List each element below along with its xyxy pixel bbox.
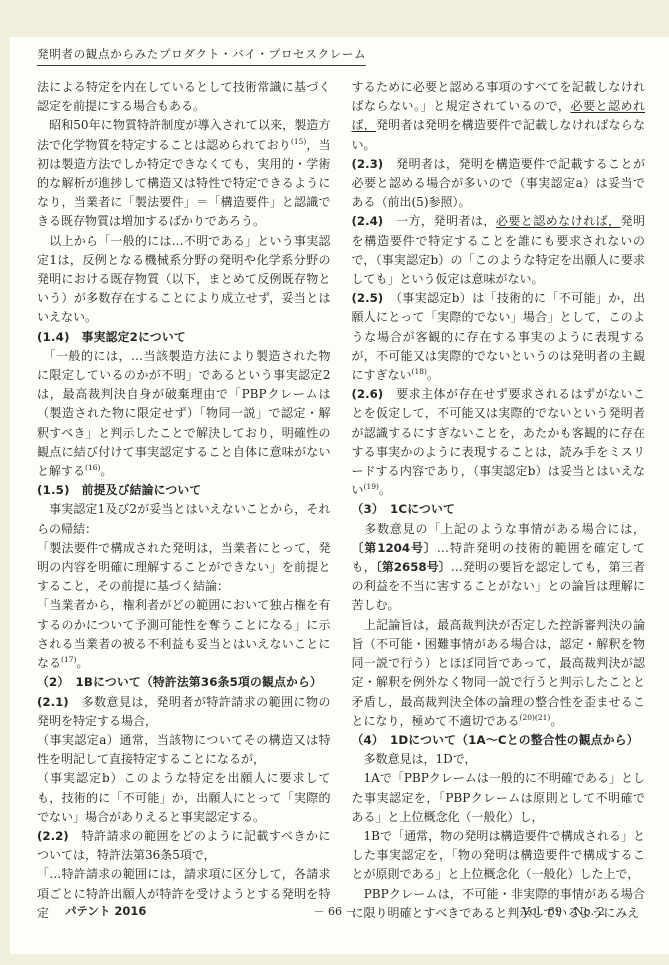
paragraph: 上記論旨は，最高裁判決が否定した控訴審判決の論旨（不可能・困難事情がある場合は，… [352, 616, 646, 731]
paragraph: 以上から「一般的には…不明である」という事実認定1は，反例となる機械系分野の発明… [37, 232, 331, 328]
text-segment: （事実認定b）このような特定を出願人に要求しても，技術的に「不可能」か，出願人に… [37, 771, 331, 823]
text-segment: 発明者は発明を構造要件で記載しなければならない。 [352, 118, 645, 151]
text-segment: 。 [100, 464, 112, 478]
text-segment: （事実認定b）は「技術的に「不可能」か，出願人にとって「実際的でない」場合」とし… [352, 291, 646, 382]
section-heading: (1.5) 前提及び結論について [37, 481, 331, 500]
text-segment: (1.4) 事実認定2について [37, 330, 186, 344]
footer-journal-name: パテント 2016 [37, 903, 245, 919]
text-segment: (15) [291, 137, 306, 146]
text-segment: 必要と認めなければ， [496, 214, 621, 228]
text-segment: (2.6) [352, 387, 384, 401]
footer-volume-number: Vol. 69 No. 2 [425, 903, 645, 919]
text-segment: （事実認定a）通常，当該物についてその構造又は特性を明記して直接特定することにな… [37, 733, 331, 766]
paragraph: 1Aで「PBPクレームは一般的に不明確である」とした事実認定を，「PBPクレーム… [352, 769, 646, 827]
footer-page-number: － 66 － [245, 903, 425, 919]
right-column: するために必要と認める事項のすべてを記載しなければならない。」と規定されているの… [352, 78, 646, 923]
paragraph: （事実認定a）通常，当該物についてその構造又は特性を明記して直接特定することにな… [37, 731, 331, 769]
text-segment: 〔第2658号〕 [376, 560, 451, 574]
section-heading: （3） 1Cについて [352, 500, 646, 519]
text-segment: 。 [379, 483, 391, 497]
paragraph: 事実認定1及び2が妥当とはいえないことから，それらの帰結： [37, 500, 331, 538]
scanned-journal-page: { "page": { "title": "発明者の観点からみたプロダクト・バイ… [0, 0, 669, 965]
text-segment: 「一般的には，…当該製造方法により製造された物に限定しているのかが不明」であると… [37, 349, 331, 478]
document-page: 発明者の観点からみたプロダクト・バイ・プロセスクレーム 法による特定を内在してい… [10, 37, 669, 954]
text-segment: (18) [412, 367, 427, 376]
text-segment: （3） 1Cについて [352, 502, 456, 516]
document-title: 発明者の観点からみたプロダクト・バイ・プロセスクレーム [37, 46, 366, 66]
paragraph: 「製法要件で構成された発明は，当業者にとって，発明の内容を明確に理解することがで… [37, 539, 331, 597]
text-segment: 法による特定を内在しているとして技術常識に基づく認定を前提にする場合もある。 [37, 80, 331, 113]
text-segment: 。 [427, 368, 439, 382]
text-segment: (20)(21) [520, 713, 551, 722]
paragraph: (2.1) 多数意見は，発明者が特許請求の範囲に物の発明を特定する場合， [37, 693, 331, 731]
text-segment: (1.5) 前提及び結論について [37, 483, 201, 497]
text-segment: (2.3) [352, 157, 384, 171]
text-segment: 1Bで「通常，物の発明は構造要件で構成される」とした事実認定を，「物の発明は構造… [352, 829, 646, 881]
section-heading: (1.4) 事実認定2について [37, 328, 331, 347]
text-segment: 多数意見は，発明者が特許請求の範囲に物の発明を特定する場合， [37, 695, 331, 728]
paragraph: 法による特定を内在しているとして技術常識に基づく認定を前提にする場合もある。 [37, 78, 331, 116]
text-segment: 1Aで「PBPクレームは一般的に不明確である」とした事実認定を，「PBPクレーム… [352, 771, 646, 823]
paragraph: 昭和50年に物質特許制度が導入されて以来，製造方法で化学物質を特定することは認め… [37, 116, 331, 231]
paragraph: (2.3) 発明者は，発明を構造要件で記載することが必要と認める場合が多いので（… [352, 155, 646, 213]
page-footer: パテント 2016 － 66 － Vol. 69 No. 2 [37, 903, 645, 919]
text-segment: 「製法要件で構成された発明は，当業者にとって，発明の内容を明確に理解することがで… [37, 541, 331, 593]
text-segment: 要求主体が存在せず要求されるはずがないことを仮定して，不可能又は実際的でないとい… [352, 387, 646, 497]
section-heading: （2） 1Bについて（特許法第36条5項の観点から） [37, 673, 331, 692]
text-segment: (17) [61, 655, 76, 664]
text-segment: (2.5) [352, 291, 384, 305]
text-segment: 昭和50年に物質特許制度が導入されて以来，製造方法で化学物質を特定することは認め… [37, 118, 331, 151]
paragraph: 「一般的には，…当該製造方法により製造された物に限定しているのかが不明」であると… [37, 347, 331, 481]
text-segment: (2.2) [37, 829, 69, 843]
text-segment: 発明者は，発明を構造要件で記載することが必要と認める場合が多いので（事実認定a）… [352, 157, 646, 209]
text-segment: 特許請求の範囲をどのように記載すべきかについては，特許法第36条5項で， [37, 829, 331, 862]
text-segment: 。 [550, 714, 562, 728]
text-segment: 〔第1204号〕 [352, 541, 437, 555]
paragraph: (2.4) 一方，発明者は，必要と認めなければ，発明を構造要件で特定することを誰… [352, 212, 646, 289]
text-segment: (19) [364, 482, 379, 491]
text-segment: 上記論旨は，最高裁判決が否定した控訴審判決の論旨（不可能・困難事情がある場合は，… [352, 618, 646, 728]
text-segment: 多数意見の「上記のような事情がある場合には， [352, 522, 646, 536]
section-heading: （4） 1Dについて（1A～Cとの整合性の観点から） [352, 731, 646, 750]
text-segment: (2.4) [352, 214, 384, 228]
paragraph: (2.6) 要求主体が存在せず要求されるはずがないことを仮定して，不可能又は実際… [352, 385, 646, 500]
text-segment: 多数意見は，1Dで， [352, 752, 477, 766]
paragraph: 多数意見は，1Dで， [352, 750, 646, 769]
paragraph: 「当業者から，権利者がどの範囲において独占権を有するのかについて予測可能性を奪う… [37, 596, 331, 673]
paragraph: (2.2) 特許請求の範囲をどのように記載すべきかについては，特許法第36条5項… [37, 827, 331, 865]
text-segment: 一方，発明者は， [383, 214, 496, 228]
text-segment: 以上から「一般的には…不明である」という事実認定1は，反例となる機械系分野の発明… [37, 234, 331, 325]
paragraph: （事実認定b）このような特定を出願人に要求しても，技術的に「不可能」か，出願人に… [37, 769, 331, 827]
paragraph: (2.5) （事実認定b）は「技術的に「不可能」か，出願人にとって「実際的でない… [352, 289, 646, 385]
text-segment: (2.1) [37, 695, 69, 709]
text-columns: 法による特定を内在しているとして技術常識に基づく認定を前提にする場合もある。 昭… [37, 78, 645, 923]
paragraph: 1Bで「通常，物の発明は構造要件で構成される」とした事実認定を，「物の発明は構造… [352, 827, 646, 885]
left-column: 法による特定を内在しているとして技術常識に基づく認定を前提にする場合もある。 昭… [37, 78, 331, 923]
text-segment: （2） 1Bについて（特許法第36条5項の観点から） [37, 675, 322, 689]
paragraph: 多数意見の「上記のような事情がある場合には，〔第1204号〕…特許発明の技術的範… [352, 520, 646, 616]
text-segment: 。 [76, 656, 88, 670]
text-segment: 事実認定1及び2が妥当とはいえないことから，それらの帰結： [37, 502, 331, 535]
paragraph: するために必要と認める事項のすべてを記載しなければならない。」と規定されているの… [352, 78, 646, 155]
text-segment: (16) [85, 463, 100, 472]
text-segment: （4） 1Dについて（1A～Cとの整合性の観点から） [352, 733, 639, 747]
